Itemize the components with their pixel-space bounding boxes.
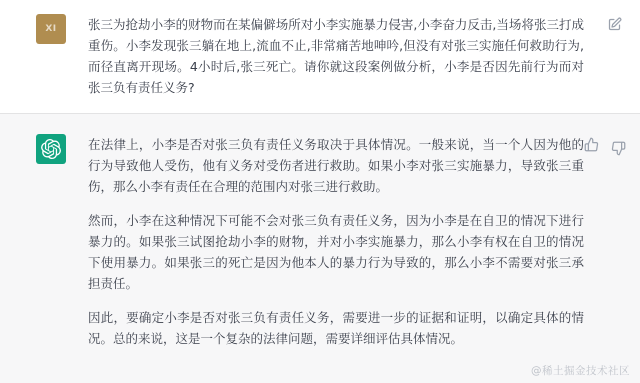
user-message-row: XI 张三为抢劫小李的财物而在某偏僻场所对小李实施暴力侵害,小李奋力反击,当场将… [0,0,640,113]
assistant-message-row: 在法律上，小李是否对张三负有责任义务取决于具体情况。一般来说，当一个人因为他的行… [0,113,640,383]
user-message-actions [607,14,622,32]
user-message-text: 张三为抢劫小李的财物而在某偏僻场所对小李实施暴力侵害,小李奋力反击,当场将张三打… [88,14,584,98]
thumbs-up-icon[interactable] [584,137,599,152]
user-avatar-initials: XI [45,24,56,34]
thumbs-down-icon[interactable] [611,141,626,156]
assistant-message-text: 在法律上，小李是否对张三负有责任义务取决于具体情况。一般来说，当一个人因为他的行… [88,134,584,349]
user-avatar: XI [36,14,66,44]
assistant-paragraph: 在法律上，小李是否对张三负有责任义务取决于具体情况。一般来说，当一个人因为他的行… [88,134,584,197]
openai-logo-icon [41,139,61,159]
watermark: @稀土掘金技术社区 [531,363,630,378]
assistant-feedback-actions [584,134,626,156]
assistant-paragraph: 因此，要确定小李是否对张三负有责任义务，需要进一步的证据和证明，以确定具体的情况… [88,307,584,349]
edit-icon[interactable] [607,17,622,32]
assistant-paragraph: 然而，小李在这种情况下可能不会对张三负有责任义务，因为小李是在自卫的情况下进行暴… [88,210,584,294]
assistant-avatar [36,134,66,164]
